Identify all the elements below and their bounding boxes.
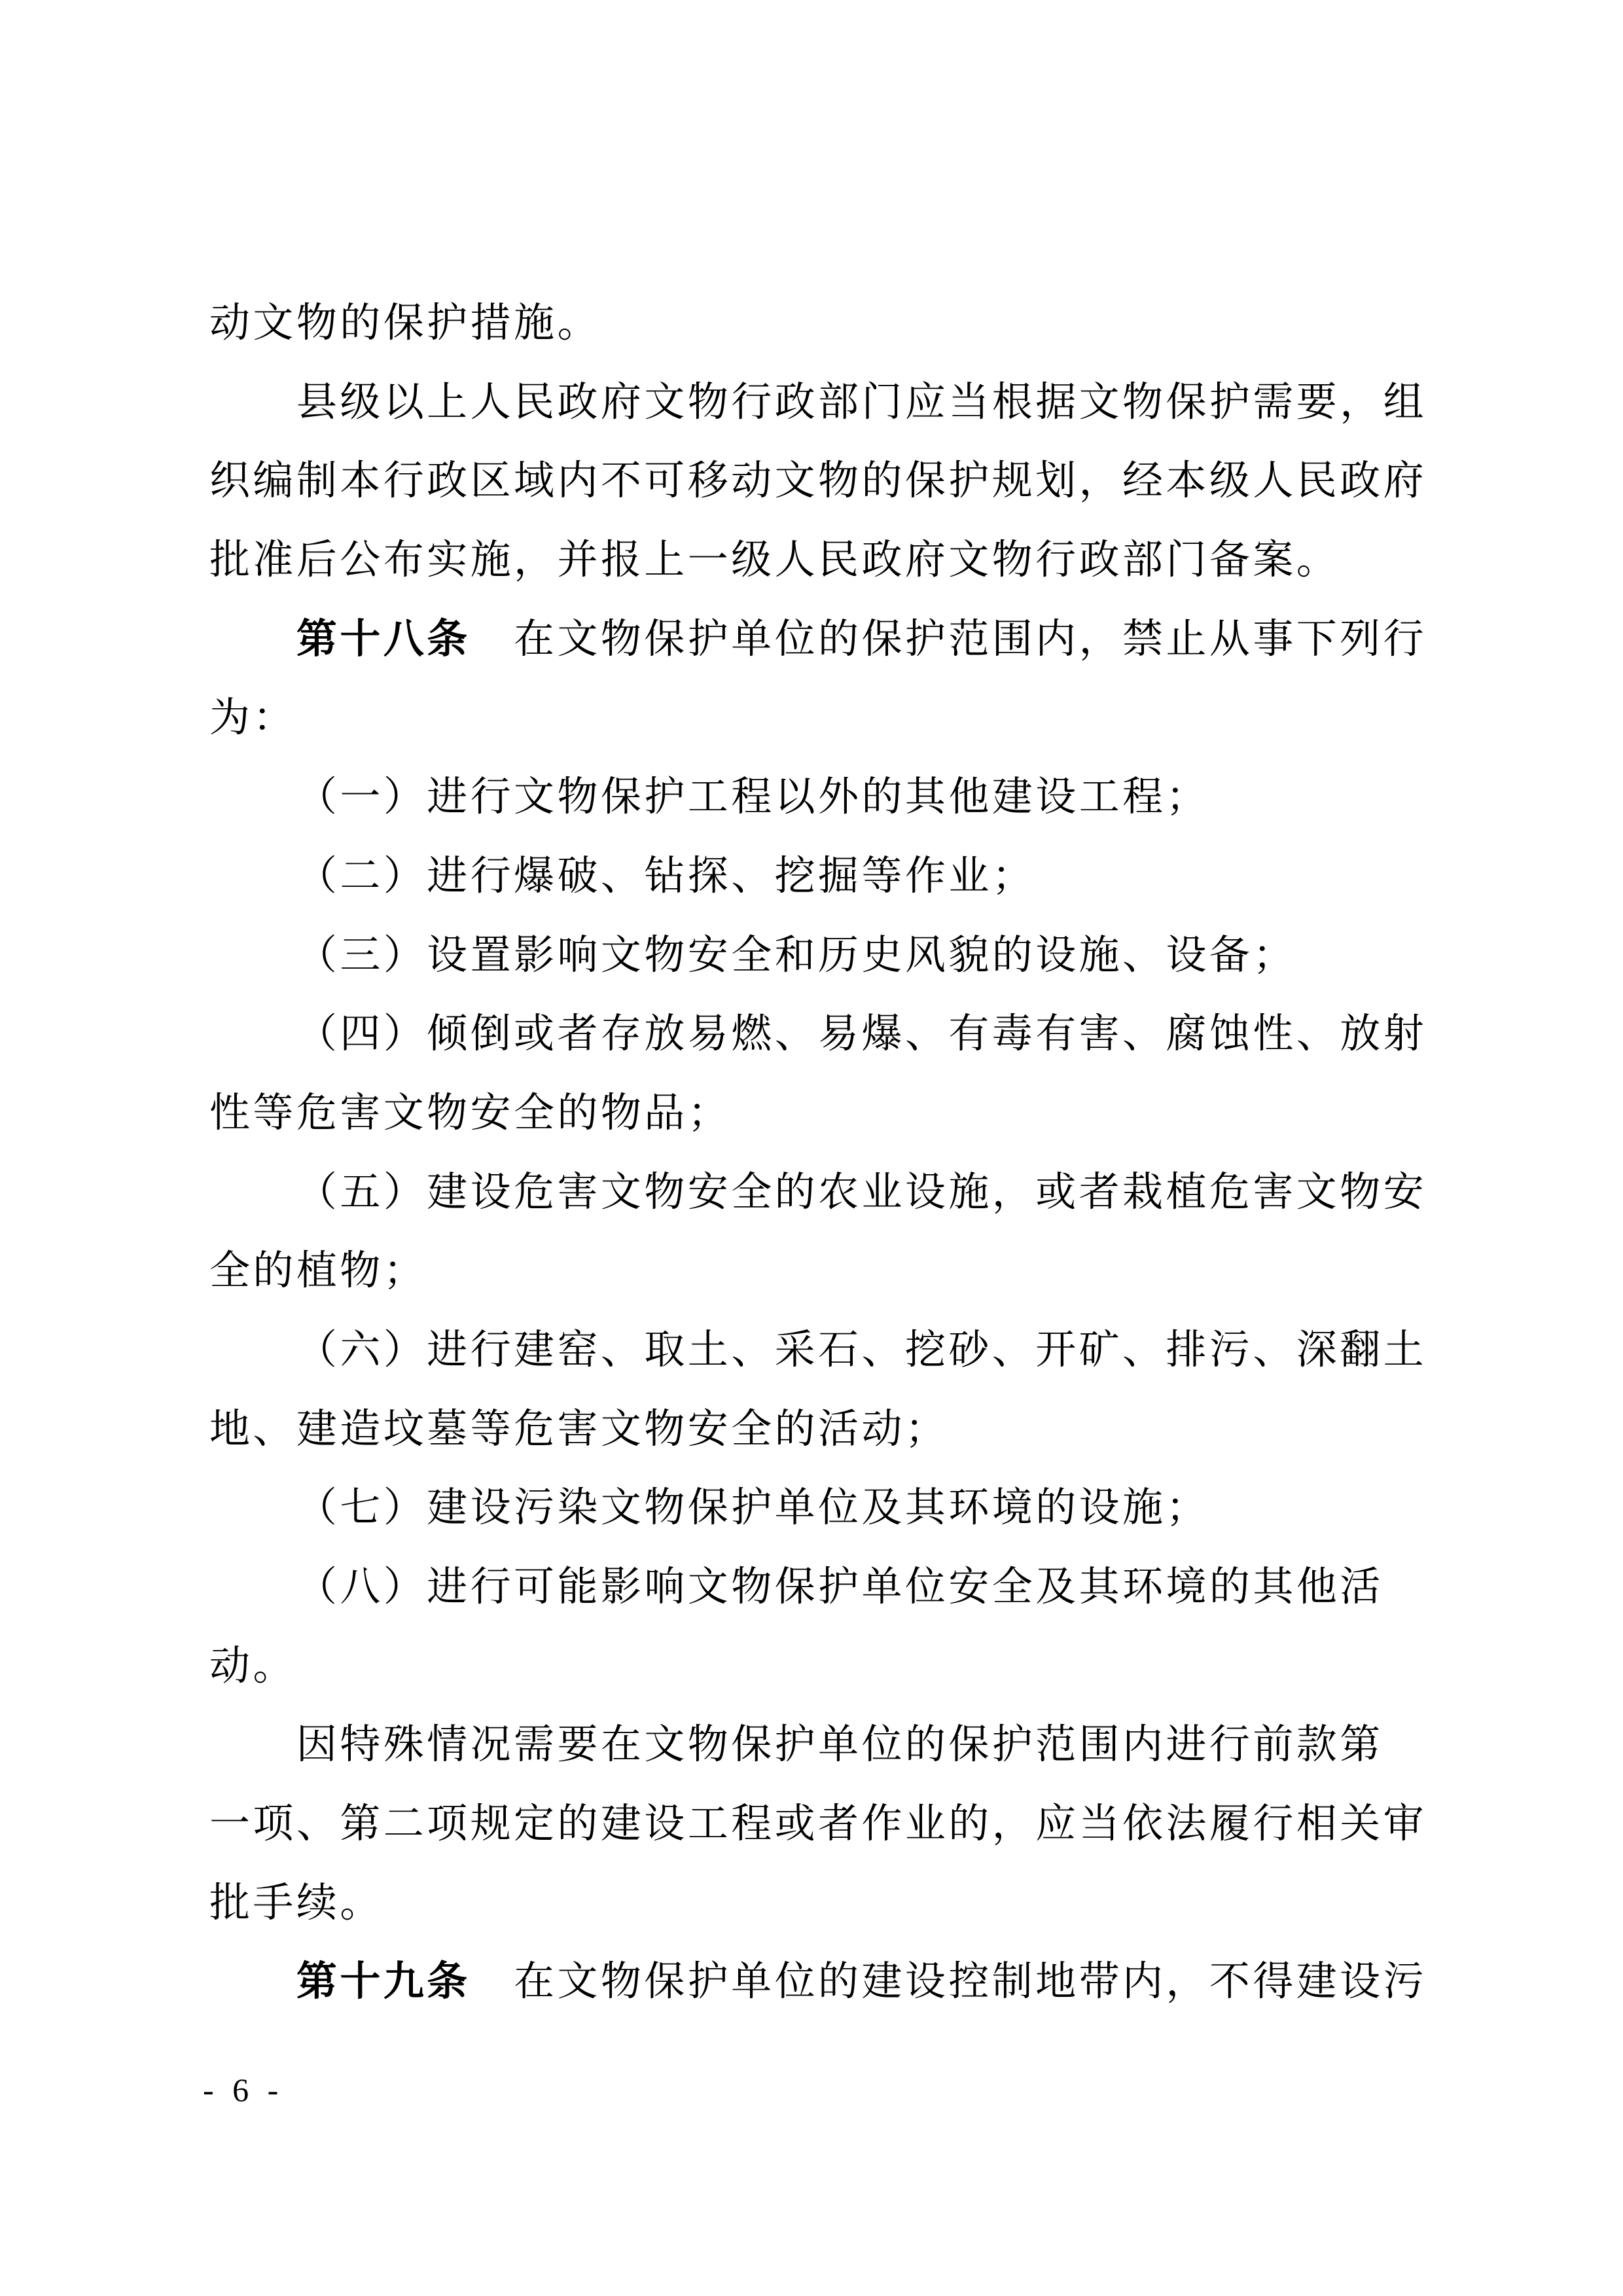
- text-segment: 全的植物；: [209, 1249, 427, 1293]
- text-line: 一项、第二项规定的建设工程或者作业的，应当依法履行相关审: [209, 1785, 1428, 1864]
- text-line: 性等危害文物安全的物品；: [209, 1074, 1428, 1153]
- text-line: （二）进行爆破、钻探、挖掘等作业；: [209, 837, 1428, 916]
- text-line: （一）进行文物保护工程以外的其他建设工程；: [209, 758, 1428, 837]
- text-line: 动文物的保护措施。: [209, 284, 1428, 363]
- text-segment: （六）进行建窑、取土、采石、挖砂、开矿、排污、深翻土: [296, 1328, 1427, 1372]
- text-line: （五）建设危害文物安全的农业设施，或者栽植危害文物安: [209, 1153, 1428, 1232]
- text-segment: 批手续。: [209, 1881, 383, 1926]
- text-line: 批准后公布实施，并报上一级人民政府文物行政部门备案。: [209, 521, 1428, 600]
- text-segment: （三）设置影响文物安全和历史风貌的设施、设备；: [296, 933, 1296, 978]
- text-segment: 动文物的保护措施。: [209, 301, 601, 346]
- text-line: 地、建造坟墓等危害文物安全的活动；: [209, 1390, 1428, 1469]
- text-line: 为：: [209, 679, 1428, 758]
- text-line: （四）倾倒或者存放易燃、易爆、有毒有害、腐蚀性、放射: [209, 995, 1428, 1074]
- text-line: （八）进行可能影响文物保护单位安全及其环境的其他活: [209, 1548, 1428, 1627]
- text-line: （三）设置影响文物安全和历史风貌的设施、设备；: [209, 916, 1428, 996]
- text-line: 因特殊情况需要在文物保护单位的保护范围内进行前款第: [209, 1706, 1428, 1785]
- text-segment: （一）进行文物保护工程以外的其他建设工程；: [296, 775, 1209, 819]
- text-segment: 地、建造坟墓等危害文物安全的活动；: [209, 1407, 948, 1452]
- text-segment: 在文物保护单位的建设控制地带内，不得建设污: [514, 1960, 1427, 2004]
- text-line: （六）进行建窑、取土、采石、挖砂、开矿、排污、深翻土: [209, 1311, 1428, 1390]
- text-line: 县级以上人民政府文物行政部门应当根据文物保护需要，组: [209, 363, 1428, 442]
- page-number: - 6 -: [203, 2070, 283, 2109]
- text-segment: 动。: [209, 1644, 296, 1689]
- text-segment: （八）进行可能影响文物保护单位安全及其环境的其他活: [296, 1565, 1383, 1609]
- text-segment: （二）进行爆破、钻探、挖掘等作业；: [296, 854, 1035, 899]
- text-line: 动。: [209, 1627, 1428, 1706]
- text-line: 第十九条在文物保护单位的建设控制地带内，不得建设污: [209, 1943, 1428, 2022]
- text-segment: 在文物保护单位的保护范围内，禁止从事下列行: [514, 617, 1427, 662]
- document-page: 动文物的保护措施。县级以上人民政府文物行政部门应当根据文物保护需要，组织编制本行…: [0, 0, 1623, 2296]
- text-segment: 因特殊情况需要在文物保护单位的保护范围内进行前款第: [296, 1723, 1383, 1767]
- text-segment: 县级以上人民政府文物行政部门应当根据文物保护需要，组: [296, 380, 1427, 425]
- text-segment: （四）倾倒或者存放易燃、易爆、有毒有害、腐蚀性、放射: [296, 1012, 1427, 1056]
- text-segment: 一项、第二项规定的建设工程或者作业的，应当依法履行相关审: [209, 1802, 1427, 1846]
- text-segment: 批准后公布实施，并报上一级人民政府文物行政部门备案。: [209, 538, 1340, 583]
- article-number: 第十九条: [296, 1959, 471, 2004]
- article-number: 第十八条: [296, 617, 471, 662]
- text-line: 第十八条在文物保护单位的保护范围内，禁止从事下列行: [209, 600, 1428, 679]
- text-line: 批手续。: [209, 1864, 1428, 1943]
- text-line: 全的植物；: [209, 1232, 1428, 1311]
- text-segment: 为：: [209, 696, 296, 740]
- text-line: 织编制本行政区域内不可移动文物的保护规划，经本级人民政府: [209, 442, 1428, 521]
- text-segment: （五）建设危害文物安全的农业设施，或者栽植危害文物安: [296, 1170, 1427, 1215]
- text-segment: （七）建设污染文物保护单位及其环境的设施；: [296, 1486, 1209, 1530]
- text-segment: 织编制本行政区域内不可移动文物的保护规划，经本级人民政府: [209, 459, 1427, 503]
- text-line: （七）建设污染文物保护单位及其环境的设施；: [209, 1469, 1428, 1548]
- text-block: 动文物的保护措施。县级以上人民政府文物行政部门应当根据文物保护需要，组织编制本行…: [209, 284, 1428, 2022]
- text-segment: 性等危害文物安全的物品；: [209, 1091, 731, 1136]
